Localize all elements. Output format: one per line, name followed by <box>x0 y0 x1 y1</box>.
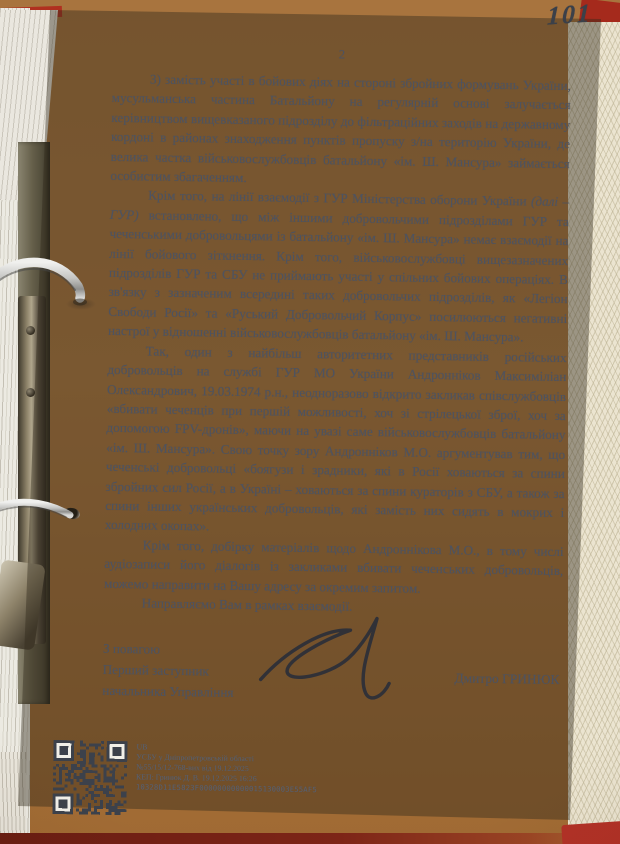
binder-red-corner-bottom-right <box>561 821 620 844</box>
handwritten-signature-icon <box>250 615 424 720</box>
closing-block: З повагою Перший заступник начальника Уп… <box>102 638 562 708</box>
binder-ring-bottom-icon <box>0 494 82 534</box>
paragraph-1: 3) замість участі в бойових діях на стор… <box>110 69 571 193</box>
paragraph-4: Крім того, добірку матеріалів щодо Андро… <box>104 535 564 600</box>
stamp-text: UB УСБУ у Дніпропетровській області №55/… <box>136 741 318 795</box>
mechanism-screw <box>26 326 35 335</box>
paragraph-2-text: Крім того, на лінії взаємодії з ГУР Міні… <box>148 188 531 209</box>
signer-name: Дмитро ГРИНЮК <box>454 668 559 691</box>
binder-maroon-bottom-edge <box>0 833 620 844</box>
mechanism-screw <box>26 388 35 397</box>
binder-ring-top-icon <box>0 252 96 316</box>
page-content: 2 3) замість участі в бойових діях на ст… <box>44 13 597 823</box>
typed-page-number: 2 <box>112 14 572 66</box>
handwritten-page-number: 101 <box>547 0 593 32</box>
stamp-signature-hash: 10328D11E5823F00000000000015130003E55AF5 <box>136 782 317 795</box>
paragraph-2: Крім того, на лінії взаємодії з ГУР Міні… <box>108 185 569 347</box>
letter-body: 3) замість участі в бойових діях на стор… <box>104 69 571 620</box>
photo-of-binder-document: 101 2 3) замість участі в бойових діях н… <box>0 0 620 844</box>
paragraph-3: Так, один з найбільш авторитетних предст… <box>105 341 567 542</box>
registration-stamp: UB УСБУ у Дніпропетровській області №55/… <box>52 740 317 818</box>
paragraph-2-text: встановлено, що між іншими добровольчими… <box>108 207 569 344</box>
qr-code-icon <box>52 740 127 815</box>
